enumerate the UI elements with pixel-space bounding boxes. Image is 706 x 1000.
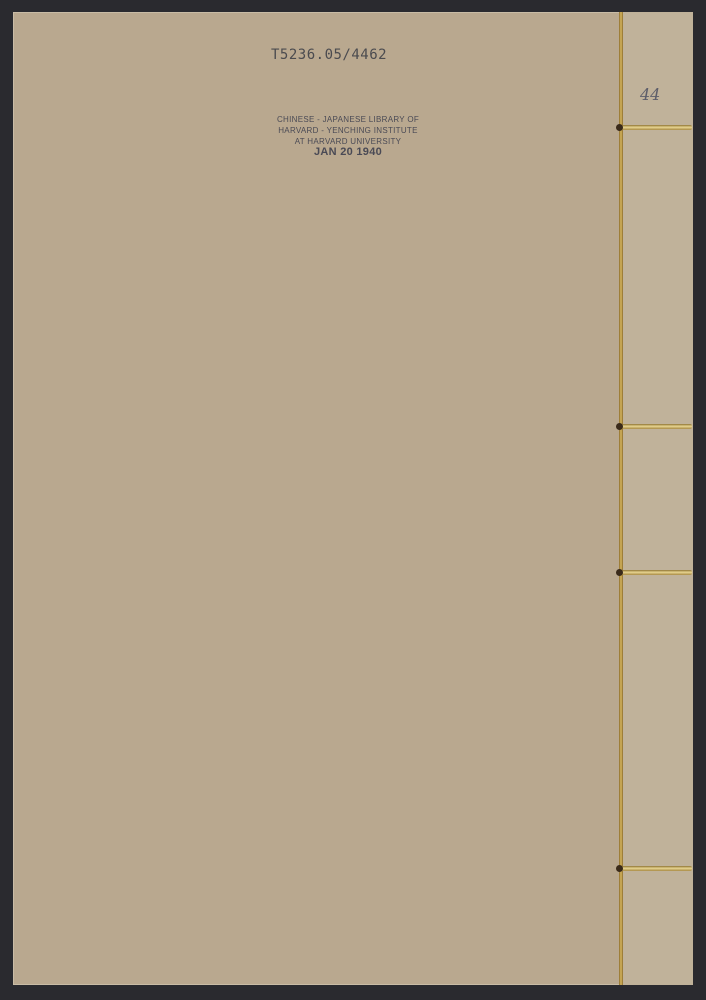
handwritten-number: 44: [640, 85, 660, 104]
call-number: T5236.05/4462: [271, 47, 387, 63]
book-cover: T5236.05/4462 CHINESE - JAPANESE LIBRARY…: [13, 12, 693, 985]
binding-knot-icon: [616, 865, 623, 872]
stamp-line-1: CHINESE - JAPANESE LIBRARY OF: [263, 114, 433, 125]
spine-strip: [622, 12, 693, 985]
binding-thread-stitch: [619, 570, 692, 575]
binding-thread-stitch: [619, 866, 692, 871]
stamp-date: JAN 20 1940: [263, 147, 433, 158]
binding-thread-vertical: [619, 12, 623, 985]
binding-knot-icon: [616, 423, 623, 430]
binding-knot-icon: [616, 124, 623, 131]
binding-thread-stitch: [619, 125, 692, 130]
library-stamp: CHINESE - JAPANESE LIBRARY OF HARVARD - …: [263, 114, 433, 158]
binding-thread-stitch: [619, 424, 692, 429]
stamp-line-2: HARVARD - YENCHING INSTITUTE: [263, 125, 433, 136]
binding-knot-icon: [616, 569, 623, 576]
